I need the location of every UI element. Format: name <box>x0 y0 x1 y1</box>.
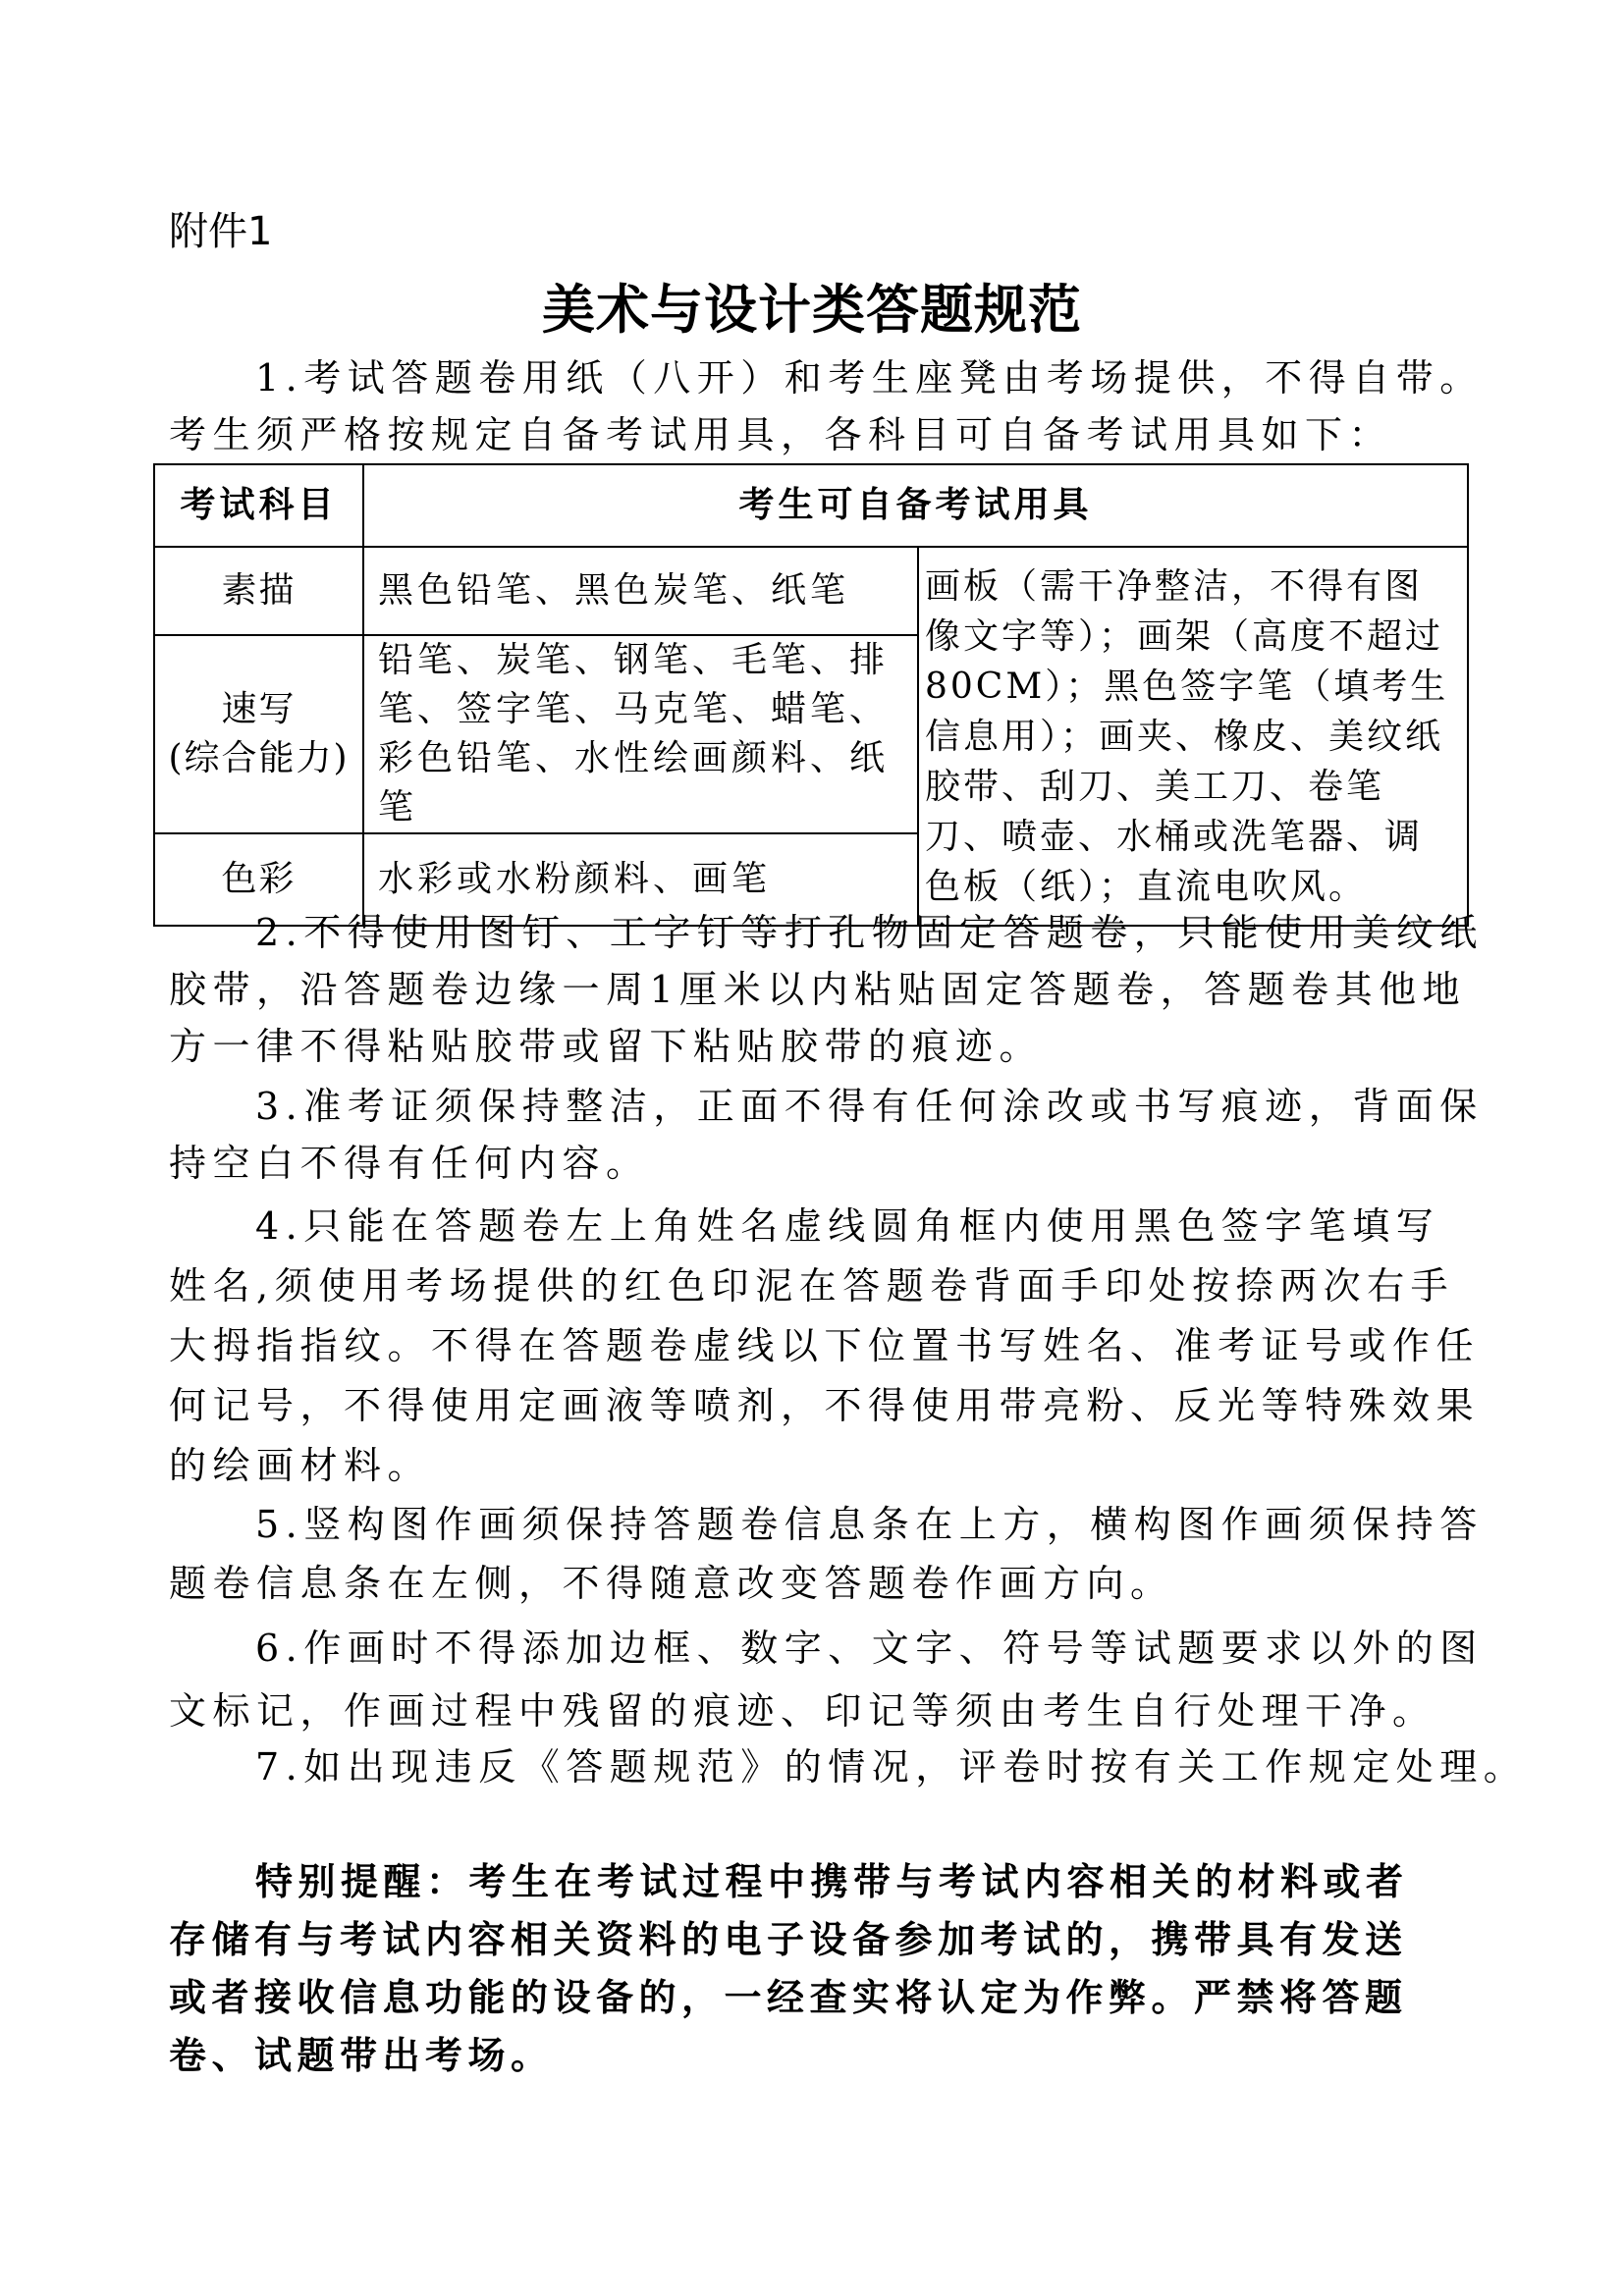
reminder-line: 特别提醒：考生在考试过程中携带与考试内容相关的材料或者 <box>169 1853 1440 1911</box>
rule-3: 3.准考证须保持整洁，正面不得有任何涂改或书写痕迹，背面保 持空白不得有任何内容… <box>169 1078 1440 1192</box>
rule-line: 4.只能在答题卷左上角姓名虚线圆角框内使用黑色签字笔填写 <box>169 1197 1440 1256</box>
table-header-row: 考试科目 考生可自备考试用具 <box>154 464 1468 547</box>
intro-line: 1.考试答题卷用纸（八开）和考生座凳由考场提供，不得自带。 <box>169 349 1440 406</box>
rule-line: 何记号，不得使用定画液等喷剂，不得使用带亮粉、反光等特殊效果 <box>169 1376 1440 1436</box>
subject-cell: 速写 (综合能力) <box>154 635 363 833</box>
rule-line: 3.准考证须保持整洁，正面不得有任何涂改或书写痕迹，背面保 <box>169 1078 1440 1135</box>
reminder-line: 卷、试题带出考场。 <box>169 2027 1440 2085</box>
reminder-line: 存储有与考试内容相关资料的电子设备参加考试的，携带具有发送 <box>169 1911 1440 1969</box>
header-tools: 考生可自备考试用具 <box>363 464 1468 547</box>
tools-cell: 铅笔、炭笔、钢笔、毛笔、排笔、签字笔、马克笔、蜡笔、彩色铅笔、水性绘画颜料、纸笔 <box>363 635 918 833</box>
rule-line: 姓名,须使用考场提供的红色印泥在答题卷背面手印处按捺两次右手 <box>169 1256 1440 1316</box>
rule-line: 6.作画时不得添加边框、数字、文字、符号等试题要求以外的图 <box>169 1617 1440 1680</box>
intro-line: 考生须严格按规定自备考试用具，各科目可自备考试用具如下： <box>169 406 1440 463</box>
reminder-line: 或者接收信息功能的设备的，一经查实将认定为作弊。严禁将答题 <box>169 1969 1440 2027</box>
subject-cell: 素描 <box>154 547 363 635</box>
rule-line: 大拇指指纹。不得在答题卷虚线以下位置书写姓名、准考证号或作任 <box>169 1316 1440 1376</box>
page-title: 美术与设计类答题规范 <box>0 277 1624 344</box>
rule-6: 6.作画时不得添加边框、数字、文字、符号等试题要求以外的图 文标记，作画过程中残… <box>169 1617 1440 1742</box>
rule-line: 胶带，沿答题卷边缘一周1厘米以内粘贴固定答题卷，答题卷其他地 <box>169 961 1440 1018</box>
rule-line: 5.竖构图作画须保持答题卷信息条在上方，横构图作画须保持答 <box>169 1495 1440 1554</box>
rule-7: 7.如出现违反《答题规范》的情况，评卷时按有关工作规定处理。 <box>169 1738 1440 1795</box>
subject-note: (综合能力) <box>159 734 358 783</box>
header-subject: 考试科目 <box>154 464 363 547</box>
rule-4: 4.只能在答题卷左上角姓名虚线圆角框内使用黑色签字笔填写 姓名,须使用考场提供的… <box>169 1197 1440 1496</box>
rule-5: 5.竖构图作画须保持答题卷信息条在上方，横构图作画须保持答 题卷信息条在左侧，不… <box>169 1495 1440 1613</box>
rule-line: 2.不得使用图钉、工字钉等打孔物固定答题卷，只能使用美纹纸 <box>169 904 1440 961</box>
tools-table: 考试科目 考生可自备考试用具 素描 黑色铅笔、黑色炭笔、纸笔 画板（需干净整洁，… <box>153 463 1469 927</box>
rule-line: 7.如出现违反《答题规范》的情况，评卷时按有关工作规定处理。 <box>169 1738 1440 1795</box>
subject-name: 速写 <box>159 685 358 734</box>
shared-tools-cell: 画板（需干净整洁，不得有图像文字等）；画架（高度不超过80CM）；黑色签字笔（填… <box>918 547 1468 926</box>
rule-2: 2.不得使用图钉、工字钉等打孔物固定答题卷，只能使用美纹纸 胶带，沿答题卷边缘一… <box>169 904 1440 1075</box>
rule-line: 持空白不得有任何内容。 <box>169 1135 1440 1192</box>
special-reminder: 特别提醒：考生在考试过程中携带与考试内容相关的材料或者 存储有与考试内容相关资料… <box>169 1853 1440 2085</box>
tools-cell: 黑色铅笔、黑色炭笔、纸笔 <box>363 547 918 635</box>
rule-line: 文标记，作画过程中残留的痕迹、印记等须由考生自行处理干净。 <box>169 1680 1440 1742</box>
rule-line: 的绘画材料。 <box>169 1436 1440 1496</box>
table-row: 素描 黑色铅笔、黑色炭笔、纸笔 画板（需干净整洁，不得有图像文字等）；画架（高度… <box>154 547 1468 635</box>
rule-line: 题卷信息条在左侧，不得随意改变答题卷作画方向。 <box>169 1554 1440 1613</box>
intro-paragraph: 1.考试答题卷用纸（八开）和考生座凳由考场提供，不得自带。 考生须严格按规定自备… <box>169 349 1440 463</box>
rule-line: 方一律不得粘贴胶带或留下粘贴胶带的痕迹。 <box>169 1018 1440 1075</box>
attachment-label: 附件1 <box>169 206 272 257</box>
